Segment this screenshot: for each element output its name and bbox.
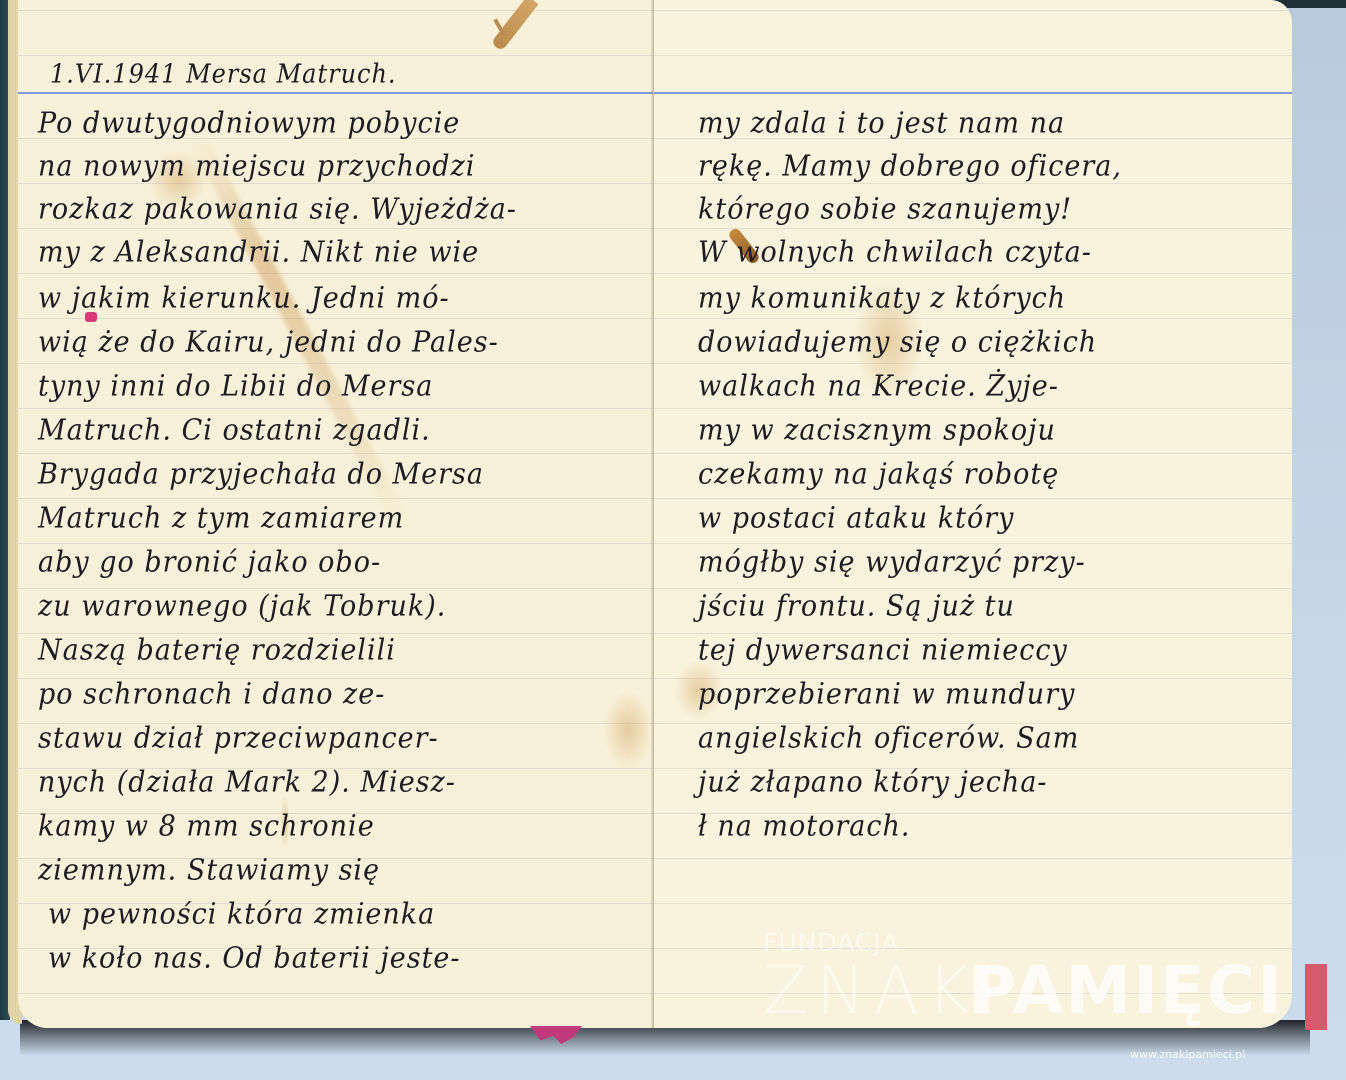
entry-date: 1.VI.1941 — [50, 59, 177, 89]
watermark-url: www.znakipamieci.pl — [1130, 1048, 1245, 1061]
handwritten-line: W wolnych chwilach czyta- — [698, 236, 1092, 269]
handwritten-line: rozkaz pakowania się. Wyjeżdża- — [38, 193, 517, 226]
handwritten-line: tej dywersanci niemieccy — [698, 634, 1068, 667]
handwritten-line: w jakim kierunku. Jedni mó- — [38, 282, 450, 315]
handwritten-line: w koło nas. Od baterii jeste- — [48, 942, 461, 975]
handwritten-line: czekamy na jakąś robotę — [698, 458, 1059, 491]
handwritten-line: ziemnym. Stawiamy się — [38, 854, 380, 887]
handwritten-line: my w zacisznym spokoju — [698, 414, 1056, 447]
handwritten-line: na nowym miejscu przychodzi — [38, 150, 475, 183]
entry-header: 1.VI.1941 Mersa Matruch. — [50, 59, 397, 89]
handwritten-line: aby go bronić jako obo- — [38, 546, 381, 579]
watermark-pamieci: PAMIĘCI — [968, 958, 1284, 1024]
handwritten-line: stawu dział przeciwpancer- — [38, 722, 439, 755]
handwritten-line: Matruch z tym zamiarem — [38, 502, 404, 535]
handwritten-line: już złapano który jecha- — [698, 766, 1048, 799]
handwritten-line: dowiadujemy się o ciężkich — [698, 326, 1097, 359]
handwritten-line: wią że do Kairu, jedni do Pales- — [38, 326, 499, 359]
handwritten-line: mógłby się wydarzyć przy- — [698, 546, 1086, 579]
diary-spread: 1.VI.1941 Mersa Matruch. Po dwutygodniow… — [18, 0, 1292, 1028]
handwritten-line: Brygada przyjechała do Mersa — [38, 458, 484, 491]
handwritten-line: angielskich oficerów. Sam — [698, 722, 1079, 755]
diary-scan: 1.VI.1941 Mersa Matruch. Po dwutygodniow… — [0, 0, 1346, 1080]
handwritten-line: nych (działa Mark 2). Miesz- — [38, 766, 456, 799]
handwritten-line: Naszą baterię rozdzielili — [38, 634, 396, 667]
handwritten-line: kamy w 8 mm schronie — [38, 810, 375, 843]
header-rule — [654, 92, 1292, 94]
handwritten-line: po schronach i dano ze- — [38, 678, 385, 711]
stain-spot — [603, 690, 653, 770]
handwritten-line: poprzebierani w mundury — [698, 678, 1075, 711]
handwritten-line: Matruch. Ci ostatni zgadli. — [38, 414, 431, 447]
handwritten-line: my zdala i to jest nam na — [698, 107, 1065, 140]
header-rule — [18, 92, 653, 94]
handwritten-line: w postaci ataku który — [698, 502, 1014, 535]
handwritten-line: my z Aleksandrii. Nikt nie wie — [38, 236, 479, 269]
handwritten-line: w pewności która zmienka — [48, 898, 435, 931]
entry-place: Mersa Matruch. — [186, 59, 397, 89]
handwritten-line: walkach na Krecie. Żyje- — [698, 370, 1059, 403]
handwritten-line: ł na motorach. — [698, 810, 910, 843]
handwritten-line: Po dwutygodniowym pobycie — [38, 107, 460, 140]
watermark-accent-bar — [1305, 964, 1327, 1030]
left-page: 1.VI.1941 Mersa Matruch. Po dwutygodniow… — [18, 0, 653, 1028]
handwritten-line: my komunikaty z których — [698, 282, 1066, 315]
handwritten-line: jściu frontu. Są już tu — [698, 590, 1015, 623]
handwritten-line: którego sobie szanujemy! — [698, 193, 1072, 226]
handwritten-line: zu warownego (jak Tobruk). — [38, 590, 446, 623]
right-page: my zdala i to jest nam na rękę. Mamy dob… — [654, 0, 1292, 1028]
handwritten-line: tyny inni do Libii do Mersa — [38, 370, 433, 403]
handwritten-line: rękę. Mamy dobrego oficera, — [698, 150, 1122, 183]
